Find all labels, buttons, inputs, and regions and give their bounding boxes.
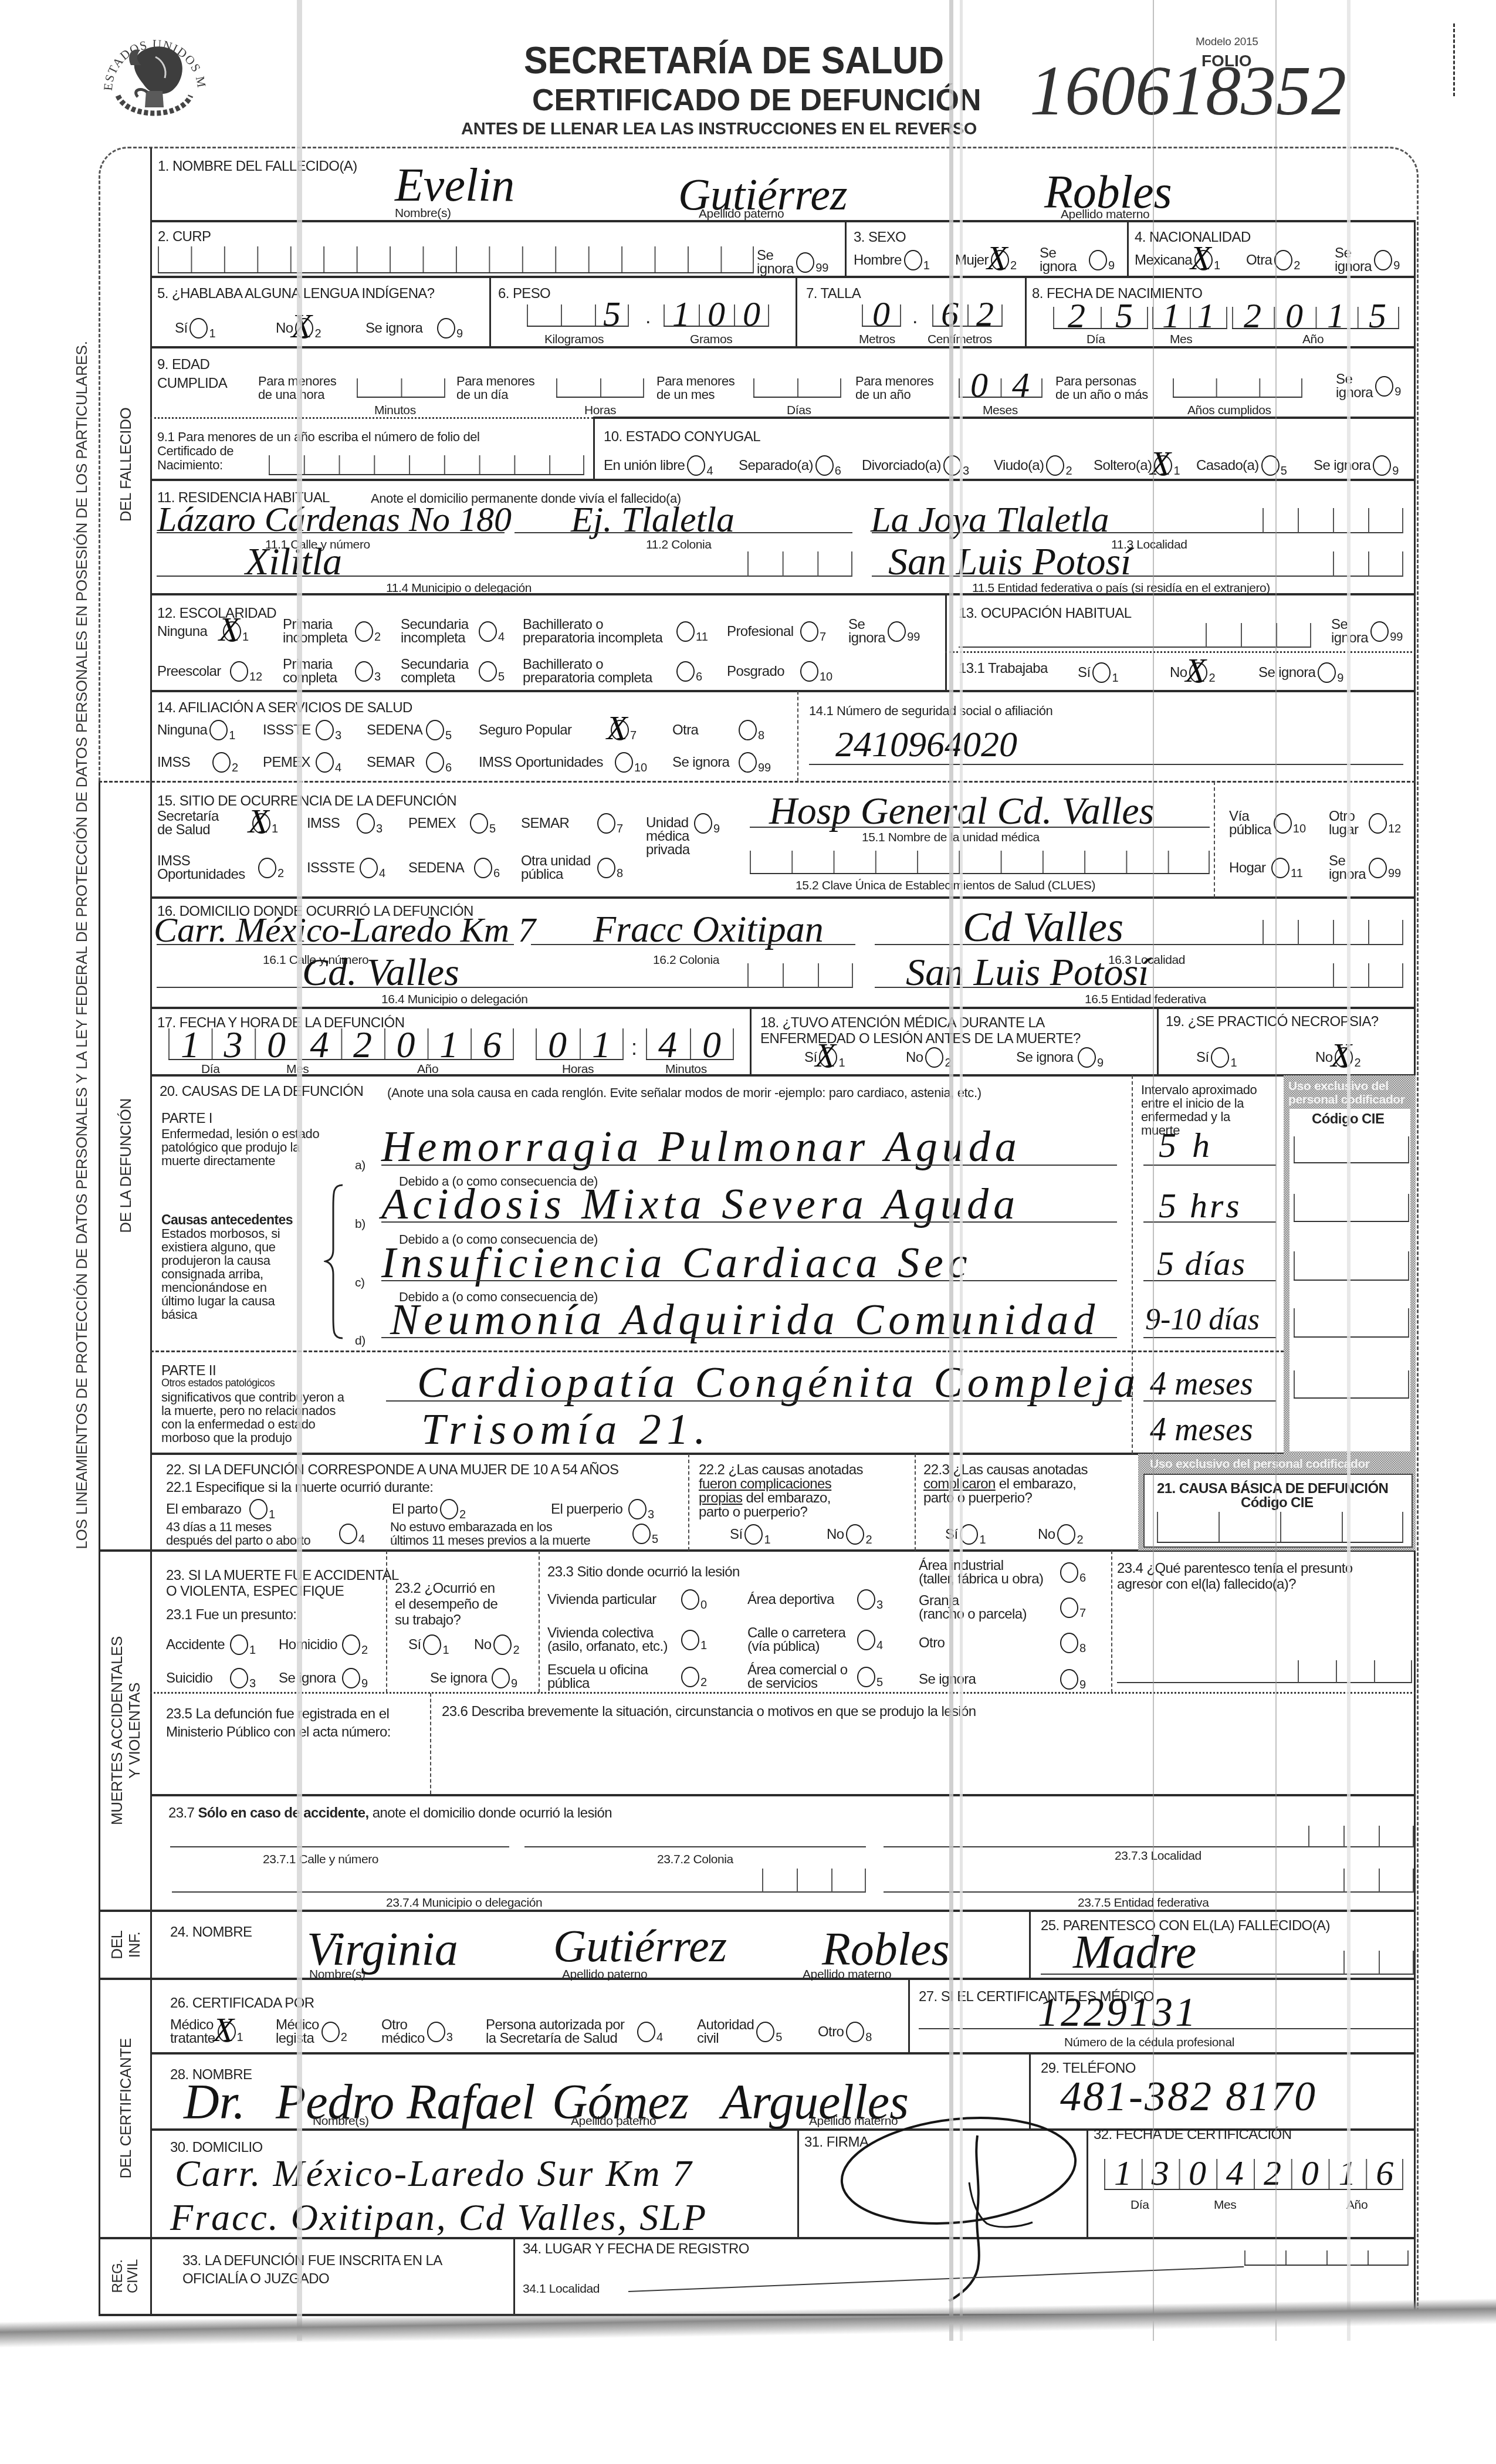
row-divider-dotted	[150, 1692, 1416, 1694]
option-label: IMSS	[307, 817, 354, 830]
option-atencion-si: SíX1	[804, 1043, 845, 1071]
radio-circle	[597, 813, 615, 834]
option-afiliacion-imss-oportunidades: IMSS Oportunidades10	[479, 748, 647, 776]
radio-circle	[676, 621, 695, 642]
check-mark: X	[815, 1038, 835, 1072]
option-necropsia-no: NoX2	[1315, 1043, 1361, 1071]
radio-circle	[1089, 250, 1107, 270]
death-year-value: 2016	[353, 1026, 526, 1064]
option-atencion-se-ignora: Se ignora9	[1016, 1043, 1104, 1071]
radio-circle	[423, 1634, 441, 1655]
sublabel-anio: Año	[1302, 333, 1324, 346]
option-label: Área industrial (taller, fábrica u obra)	[919, 1559, 1058, 1586]
radio-circle	[1060, 1597, 1078, 1618]
radio-circle	[209, 720, 228, 740]
field-23-6-label: 23.6 Describa brevemente la situación, c…	[442, 1705, 976, 1719]
field-21-cie-boxes	[1157, 1512, 1403, 1543]
radio-circle	[1374, 250, 1392, 270]
option-code: 1	[838, 1057, 845, 1069]
option-22-3-no: No2	[1038, 1520, 1084, 1548]
option-lengua-no: NoX2	[276, 314, 321, 342]
radio-circle	[925, 1047, 943, 1068]
option-conyugal-separado: Separado(a)6	[739, 451, 841, 479]
radio-circle	[1370, 621, 1389, 642]
option-label: Vivienda colectiva (asilo, orfanato, etc…	[547, 1626, 679, 1653]
folio-nacimiento-boxes	[269, 455, 584, 475]
option-label: Se ignora	[848, 618, 885, 645]
radio-circle	[739, 720, 757, 740]
option-sitio-secretaria-salud: Secretaría de SaludX1	[157, 809, 278, 837]
radio-circle	[479, 621, 497, 642]
option-code: 4	[876, 1640, 883, 1651]
option-code: 9	[1395, 386, 1401, 398]
cell-divider	[1029, 1911, 1031, 1979]
option-code: 3	[963, 465, 969, 477]
underline	[531, 944, 855, 945]
option-code: 2	[700, 1677, 707, 1688]
field-32-label: 32. FECHA DE CERTIFICACIÓN	[1094, 2128, 1291, 2142]
option-code: 3	[376, 823, 383, 835]
radio-circle	[426, 720, 444, 740]
check-mark: X	[1185, 654, 1206, 688]
option-embarazo: El embarazo1	[166, 1495, 275, 1523]
field-23-label: 23. SI LA MUERTE FUE ACCIDENTAL O VIOLEN…	[166, 1568, 399, 1599]
option-label: Se ignora	[672, 756, 736, 769]
option-puerperio: El puerperio3	[551, 1495, 654, 1523]
edad-anios-boxes	[1173, 378, 1302, 398]
sublabel-anio: Año	[417, 1062, 438, 1076]
radio-circle	[426, 752, 444, 773]
radio-circle: X	[295, 318, 313, 339]
edad-minutos-boxes	[357, 378, 445, 398]
option-label: Se ignora	[1329, 854, 1366, 881]
option-code: 6	[445, 762, 452, 774]
sublabel-apellido-materno: Apellido materno	[1061, 208, 1149, 221]
cause-line-d	[381, 1337, 1117, 1338]
option-lesion-se-ignora: Se ignora9	[919, 1665, 1086, 1693]
sublabel-horas: Horas	[562, 1062, 594, 1076]
option-code: 3	[335, 730, 341, 742]
localidad-code-boxes	[1308, 1826, 1414, 1847]
option-code: 9	[456, 328, 463, 340]
option-code: 2	[1209, 672, 1215, 684]
text: anote el domicilio donde ocurrió la lesi…	[369, 1805, 612, 1821]
cause-c: Insuficiencia Cardiaca Sec	[381, 1241, 972, 1285]
option-code: 2	[314, 328, 321, 340]
domicilio-line-2: Fracc. Oxitipan, Cd Valles, SLP	[170, 2199, 708, 2236]
sublabel-localidad: 23.7.3 Localidad	[1115, 1849, 1201, 1863]
option-label: Se ignora	[279, 1671, 340, 1685]
text: del embarazo,	[743, 1490, 831, 1506]
edad-unit-meses: Meses	[983, 404, 1018, 417]
radio-circle	[694, 813, 712, 834]
cell-divider-dashed	[688, 1454, 689, 1551]
decimal-point: .	[912, 310, 918, 324]
death-day-value: 13	[181, 1026, 267, 1064]
check-mark: X	[248, 804, 269, 838]
radio-circle	[230, 1634, 248, 1655]
sublabel-colonia: 23.7.2 Colonia	[657, 1853, 733, 1866]
field-33-label: 33. LA DEFUNCIÓN FUE INSCRITA EN LA OFIC…	[182, 2252, 442, 2288]
sublabel-cedula: Número de la cédula profesional	[1064, 2036, 1234, 2049]
option-code: 5	[498, 671, 505, 683]
radio-circle	[1274, 250, 1292, 270]
peso-g-value: 100	[672, 296, 778, 331]
brace-icon	[324, 1184, 347, 1339]
option-code: 1	[1214, 260, 1220, 272]
edge-mark	[1453, 23, 1455, 96]
option-label: Granja (rancho o parcela)	[919, 1594, 1058, 1621]
option-sitio-imss-oportunidades: IMSS Oportunidades2	[157, 854, 284, 882]
field-22-2-line2: fueron complicaciones	[699, 1477, 831, 1491]
option-sitio-hogar: Hogar11	[1229, 854, 1303, 882]
option-label: Posgrado	[727, 665, 798, 678]
option-trabajaba-no: NoX2	[1170, 658, 1216, 686]
option-label: IMSS	[157, 756, 210, 769]
option-label: Se ignora	[365, 321, 435, 335]
option-code: 7	[630, 730, 637, 742]
field-23-5-label: 23.5 La defunción fue registrada en el M…	[166, 1705, 391, 1741]
option-code: 1	[700, 1640, 707, 1651]
option-escolaridad-secundaria-completa: Secundaria completa5	[401, 657, 505, 685]
option-code: 2	[459, 1509, 466, 1521]
option-code: 1	[237, 2032, 243, 2043]
row-divider	[150, 2052, 1416, 2055]
circunstancia-value	[442, 1725, 1404, 1783]
radio-circle	[1274, 813, 1292, 834]
cie-box-parte2	[1294, 1370, 1409, 1399]
option-code: 99	[1390, 631, 1403, 643]
option-medico-tratante: Médico tratanteX1	[170, 2018, 243, 2046]
page-title: SECRETARÍA DE SALUD	[524, 42, 944, 79]
cell-divider	[489, 277, 491, 347]
telefono-value: 481-382 8170	[1060, 2075, 1317, 2117]
localidad-code-boxes	[1263, 920, 1403, 945]
deceased-first-name: Evelin	[395, 162, 515, 209]
option-conyugal-soltero: Soltero(a)X1	[1094, 451, 1180, 479]
option-label: No	[474, 1638, 491, 1651]
municipio-code-boxes	[747, 551, 852, 576]
field-22-1-label: 22.1 Especifique si la muerte ocurrió du…	[166, 1481, 433, 1495]
field-22-2-line3: propias del embarazo,	[699, 1491, 831, 1505]
sublabel-municipio: 16.4 Municipio o delegación	[381, 993, 528, 1006]
parte-2-description: significativos que contribuyeron a la mu…	[161, 1390, 344, 1444]
option-label: Se ignora	[1016, 1051, 1075, 1064]
option-code: 9	[1108, 260, 1115, 272]
option-trabajaba-si: Sí1	[1078, 658, 1119, 686]
option-code: 9	[1097, 1057, 1104, 1069]
radio-circle: X	[611, 720, 629, 740]
option-lesion-granja: Granja (rancho o parcela)7	[919, 1593, 1086, 1622]
certifier-title: Dr.	[184, 2078, 245, 2127]
cell-divider	[797, 2130, 799, 2238]
option-code: 12	[1388, 823, 1401, 835]
radio-circle	[815, 455, 834, 476]
edad-group-label: Para personas de un año o más	[1055, 374, 1148, 401]
field-22-label: 22. SI LA DEFUNCIÓN CORRESPONDE A UNA MU…	[166, 1463, 619, 1477]
option-sitio-se-ignora: Se ignora99	[1329, 854, 1401, 882]
edad-group-label: Para menores de una hora	[258, 374, 336, 401]
sublabel-colonia: 11.2 Colonia	[646, 538, 712, 551]
option-code: 99	[815, 262, 828, 274]
option-sitio-pemex: PEMEX5	[408, 809, 496, 837]
antecedentes-description: Estados morbosos, si existiera alguno, q…	[161, 1227, 280, 1321]
inner-left-border	[150, 148, 152, 2316]
option-code: 3	[446, 2032, 453, 2043]
option-sitio-sedena: SEDENA6	[408, 854, 500, 882]
certification-month-value: 04	[1189, 2155, 1264, 2191]
cell-divider	[945, 594, 947, 691]
interval-line-c	[1143, 1280, 1276, 1281]
check-mark: X	[1331, 1038, 1351, 1072]
defuncion-colonia: Fracc Oxitipan	[593, 911, 824, 948]
option-code: 2	[277, 868, 284, 879]
radio-circle	[846, 1524, 864, 1545]
option-necropsia-si: Sí1	[1196, 1043, 1237, 1071]
field-18-label: 18. ¿TUVO ATENCIÓN MÉDICA DURANTE LA ENF…	[760, 1015, 1081, 1047]
option-code: 2	[361, 1644, 368, 1656]
radio-circle	[960, 1524, 978, 1545]
option-label: Sí	[1078, 666, 1090, 679]
option-code: 7	[820, 631, 826, 643]
option-code: 1	[1112, 672, 1118, 684]
death-month-value: 04	[267, 1026, 353, 1064]
option-22-2-no: No2	[827, 1520, 872, 1548]
sublabel-entidad: 11.5 Entidad federativa o país (si resid…	[972, 581, 1270, 595]
option-code: 12	[249, 671, 262, 683]
radio-circle	[756, 2022, 774, 2042]
residencia-calle: Lázaro Cárdenas No 180	[157, 502, 512, 537]
option-label: Secundaria completa	[401, 658, 476, 685]
option-atencion-no: No2	[906, 1043, 952, 1071]
option-conyugal-divorciado: Divorciado(a)3	[862, 451, 969, 479]
check-mark: X	[219, 612, 239, 647]
parte-2-interval-2: 4 meses	[1150, 1413, 1253, 1446]
edad-unit-minutos: Minutos	[374, 404, 416, 417]
option-accidente: Accidente1	[166, 1630, 256, 1659]
time-separator: :	[631, 1037, 637, 1058]
option-code: 8	[617, 868, 623, 879]
field-1-label: 1. NOMBRE DEL FALLECIDO(A)	[158, 160, 357, 174]
option-sitio-via-publica: Vía pública10	[1229, 809, 1306, 837]
option-label: No	[1038, 1528, 1055, 1541]
radio-circle	[857, 1630, 875, 1650]
option-escolaridad-primaria-completa: Primaria completa3	[283, 657, 381, 685]
sublabel-mes: Mes	[1214, 2198, 1236, 2212]
edad-unit-dias: Días	[787, 404, 811, 417]
option-label: Se ignora	[1336, 373, 1373, 400]
option-code: 2	[1294, 260, 1300, 272]
underline	[157, 532, 505, 533]
option-label: Mexicana	[1135, 253, 1192, 267]
field-10-label: 10. ESTADO CONYUGAL	[604, 430, 760, 444]
sublabel-apellido-materno: Apellido materno	[803, 1968, 891, 1981]
cedula-profesional-value: 1229131	[1038, 1992, 1198, 2033]
option-code: 2	[1077, 1534, 1083, 1546]
underline	[170, 1846, 509, 1847]
option-label: Otro	[818, 2025, 844, 2039]
radio-circle	[1211, 1047, 1229, 1068]
option-label: ISSSTE	[307, 861, 357, 875]
option-code: 2	[1065, 465, 1072, 477]
decimal-point: .	[645, 310, 651, 324]
option-label: Separado(a)	[739, 459, 813, 472]
radio-circle	[258, 858, 276, 878]
field-15-label: 15. SITIO DE OCURRENCIA DE LA DEFUNCIÓN	[157, 794, 456, 808]
field-3-label: 3. SEXO	[854, 231, 906, 245]
edad-unit-horas: Horas	[584, 404, 616, 417]
field-13-1-label: 13.1 Trabajaba	[959, 662, 1048, 676]
option-label: No estuvo embarazada en los últimos 11 m…	[390, 1520, 630, 1547]
option-label: Se ignora	[430, 1671, 489, 1685]
edad-group-label: Para menores de un día	[456, 374, 534, 401]
radio-circle	[437, 318, 455, 339]
option-label: Unidad médica privada	[646, 816, 692, 857]
option-conyugal-se-ignora: Se ignora9	[1314, 451, 1399, 479]
option-homicidio: Homicidio2	[279, 1630, 368, 1659]
acta-numero-value	[166, 1745, 424, 1786]
option-code: 10	[820, 671, 832, 683]
clues-boxes	[750, 851, 1210, 874]
radio-circle: X	[223, 621, 241, 642]
parte-1-description: Enfermedad, lesión o estado patológico q…	[161, 1127, 319, 1167]
cause-letter-c: c)	[355, 1276, 365, 1289]
option-label: Médico legista	[276, 2018, 319, 2045]
option-nacionalidad-se-ignora: Se ignora9	[1335, 246, 1400, 274]
informant-maternal-surname: Robles	[822, 1926, 950, 1973]
radio-circle	[597, 858, 615, 878]
talla-m-value: 0	[872, 296, 890, 331]
radio-circle	[857, 1589, 875, 1610]
option-label: SEMAR	[367, 756, 424, 769]
radio-circle	[355, 621, 373, 642]
option-lengua-se-ignora: Se ignora9	[365, 314, 463, 342]
cell-divider-dashed	[430, 1693, 431, 1794]
option-label: Sí	[945, 1528, 957, 1541]
option-code: 2	[865, 1534, 872, 1546]
interval-d: 9-10 días	[1145, 1305, 1260, 1335]
option-label: Se ignora	[1331, 618, 1368, 645]
parte-2-cause-2: Trisomía 21.	[421, 1408, 711, 1451]
option-sexo-hombre: Hombre1	[854, 246, 930, 274]
option-code: 1	[269, 1509, 275, 1521]
option-afiliacion-pemex: PEMEX4	[263, 748, 341, 776]
option-label: Seguro Popular	[479, 723, 608, 737]
talla-cm-value: 62	[941, 296, 1011, 331]
option-label: Viudo(a)	[994, 459, 1044, 472]
informant-paternal-surname: Gutiérrez	[553, 1923, 727, 1969]
radio-circle	[1060, 1562, 1078, 1583]
option-trabajo-no: No2	[474, 1630, 520, 1659]
option-code: 5	[876, 1677, 883, 1688]
option-label: Sí	[175, 321, 187, 335]
option-label: Bachillerato o preparatoria incompleta	[523, 618, 674, 645]
option-label: Otra	[672, 723, 736, 737]
field-15-2-label: 15.2 Clave Única de Establecimientos de …	[796, 879, 1095, 892]
field-22-2-line1: 22.2 ¿Las causas anotadas	[699, 1463, 863, 1477]
radio-circle	[339, 1524, 357, 1544]
edad-meses-value: 04	[970, 367, 1054, 402]
option-label: Otra	[1246, 253, 1272, 267]
field-34-label: 34. LUGAR Y FECHA DE REGISTRO	[523, 2242, 749, 2256]
option-22-2-si: Sí1	[730, 1520, 771, 1548]
radio-circle	[1060, 1633, 1078, 1653]
sublabel-mes: Mes	[1170, 333, 1192, 346]
option-label: El puerperio	[551, 1502, 626, 1516]
cell-divider	[750, 1008, 752, 1075]
radio-circle: X	[1189, 662, 1207, 683]
option-afiliacion-imss: IMSS2	[157, 748, 238, 776]
edad-dias-boxes	[753, 378, 841, 398]
option-conyugal-union-libre: En unión libre4	[604, 451, 713, 479]
underline	[157, 944, 514, 945]
option-label: No	[906, 1051, 923, 1064]
option-label: SEMAR	[521, 817, 595, 830]
sublabel-nombre: Nombre(s)	[395, 207, 451, 220]
option-code: 9	[1392, 465, 1399, 477]
option-label: Casado(a)	[1196, 459, 1259, 472]
option-label: Primaria incompleta	[283, 618, 353, 645]
option-code: 2	[513, 1644, 519, 1656]
sublabel-metros: Metros	[859, 333, 895, 346]
radio-circle	[744, 1524, 763, 1545]
entidad-code-boxes	[1333, 963, 1403, 987]
radio-circle	[857, 1667, 875, 1687]
field-22-3-line2: complicaron el embarazo,	[923, 1477, 1076, 1491]
cell-divider-dashed	[1214, 781, 1215, 898]
option-label: Persona autorizada por la Secretaría de …	[486, 2018, 635, 2045]
option-code: 4	[358, 1534, 365, 1545]
option-label: Vivienda particular	[547, 1593, 679, 1606]
option-label: Calle o carretera (vía pública)	[747, 1626, 855, 1653]
radio-circle	[632, 1524, 651, 1544]
field-7-label: 7. TALLA	[806, 287, 861, 301]
field-23-1-label: 23.1 Fue un presunto:	[166, 1608, 296, 1622]
radio-circle	[360, 858, 378, 878]
radio-circle	[316, 752, 334, 773]
underline	[515, 532, 852, 533]
emphasis-text: complicaron	[923, 1476, 996, 1492]
sublabel-colonia: 16.2 Colonia	[653, 953, 719, 967]
option-label: Se ignora	[919, 1673, 1058, 1686]
cell-divider-dashed	[915, 1454, 916, 1551]
option-label: Mujer	[955, 253, 989, 267]
sublabel-mes: Mes	[286, 1062, 309, 1076]
option-escolaridad-bachillerato-incompleta: Bachillerato o preparatoria incompleta11	[523, 617, 708, 645]
field-14-1-label: 14.1 Número de seguridad social o afilia…	[809, 704, 1052, 717]
parte-2-title: PARTE II	[161, 1364, 216, 1378]
sublabel-municipio: 23.7.4 Municipio o delegación	[386, 1896, 542, 1910]
interval-line	[1143, 1400, 1276, 1402]
radio-circle	[1318, 662, 1336, 683]
radio-circle	[800, 661, 818, 682]
option-label: Médico tratante	[170, 2018, 215, 2045]
radio-circle	[796, 252, 814, 273]
option-escolaridad-se-ignora: Se ignora99	[848, 617, 920, 645]
radio-circle	[676, 661, 695, 682]
option-afiliacion-seguro-popular: Seguro PopularX7	[479, 716, 637, 744]
sublabel-kilogramos: Kilogramos	[544, 333, 604, 346]
parte-2-interval-1: 4 meses	[1150, 1368, 1253, 1400]
option-label: Ninguna	[157, 723, 207, 737]
option-suicidio: Suicidio3	[166, 1664, 256, 1692]
emphasis-text: Sólo en caso de accidente,	[198, 1805, 368, 1821]
radio-circle	[739, 752, 757, 773]
option-code: 9	[713, 823, 720, 835]
option-code: 8	[1079, 1643, 1086, 1654]
curp-boxes	[158, 246, 754, 273]
radio-circle	[342, 1634, 360, 1655]
